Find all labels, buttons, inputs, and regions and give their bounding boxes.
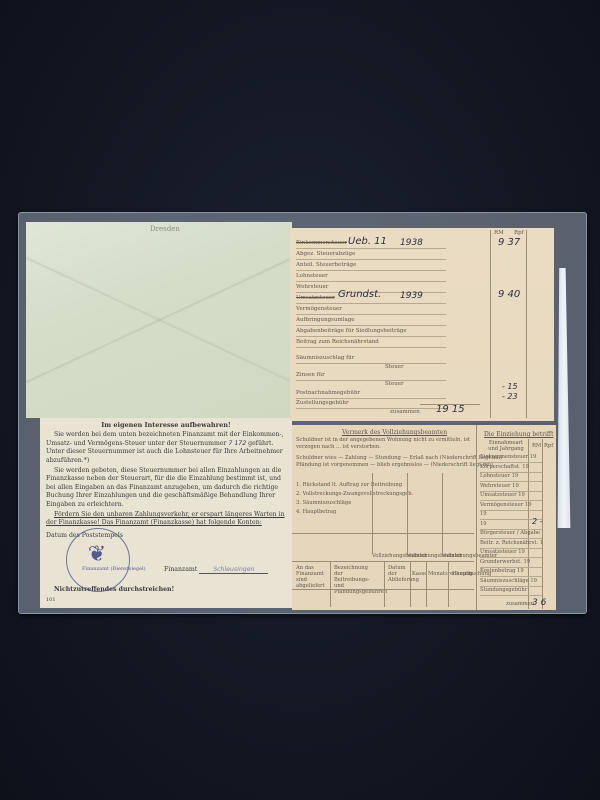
notice-paragraph-1: Sie werden bei dem unten bezeichneten Fi…	[46, 431, 286, 465]
classification-row: Lohnsteuer 19	[480, 472, 542, 482]
classification-row: Bürgersteuer / Abgabe 19	[480, 529, 542, 539]
bailiff-title: Vermerk des Vollziehungsbeamten	[342, 429, 447, 436]
finanzamt-label: Finanzamt Schleusingen	[164, 566, 268, 574]
classification-row: Umsatzsteuer 19	[480, 491, 542, 501]
tax-statement-form: RM Rpf Einkommensteuer Abgez. Steuerabzü…	[290, 228, 554, 421]
stamp-text: Finanzamt (Dienstsiegel)	[82, 566, 146, 572]
classification-row: Säumniszuschläge 19	[480, 577, 542, 587]
classification-row: Vermögensteuer 19	[480, 501, 542, 511]
bailiff-note-form: Vermerk des Vollziehungsbeamten Schuldne…	[292, 425, 556, 610]
notice-paragraph-2: Sie werden gebeten, diese Steuernummer b…	[46, 467, 286, 509]
envelope-pencil-note: Dresden	[150, 225, 180, 233]
classification-row: Wehrsteuer 19	[480, 482, 542, 492]
envelope-flap-folds	[26, 222, 292, 418]
form-code: 101	[46, 596, 56, 604]
notice-paragraph-3: Fördern Sie den unbaren Zahlungsverkehr,…	[46, 511, 286, 528]
finanzamt-value: Schleusingen	[199, 566, 268, 574]
total-value: 19 15	[436, 404, 465, 415]
classification-row: Umsatzsteuer 19	[480, 548, 542, 558]
classification-row: Körperschaftst. 19	[480, 463, 542, 473]
classification-row: Einkommensteuer 19	[480, 453, 542, 463]
classification-row: Beitr. z. Reichsnährst. 19	[480, 539, 542, 549]
classification-title: Die Einziehung betrifft	[484, 431, 554, 438]
classification-row: Kostenbetrag 19	[480, 567, 542, 577]
notice-title: Im eigenen Interesse aufbewahren!	[46, 421, 286, 429]
tax-number-handwritten: 7 172	[228, 440, 246, 447]
classification-row: Stundungsgebühr	[480, 586, 542, 596]
total-label: zusammen	[390, 409, 420, 415]
classification-row: Grunderwerbst. 19	[480, 558, 542, 568]
